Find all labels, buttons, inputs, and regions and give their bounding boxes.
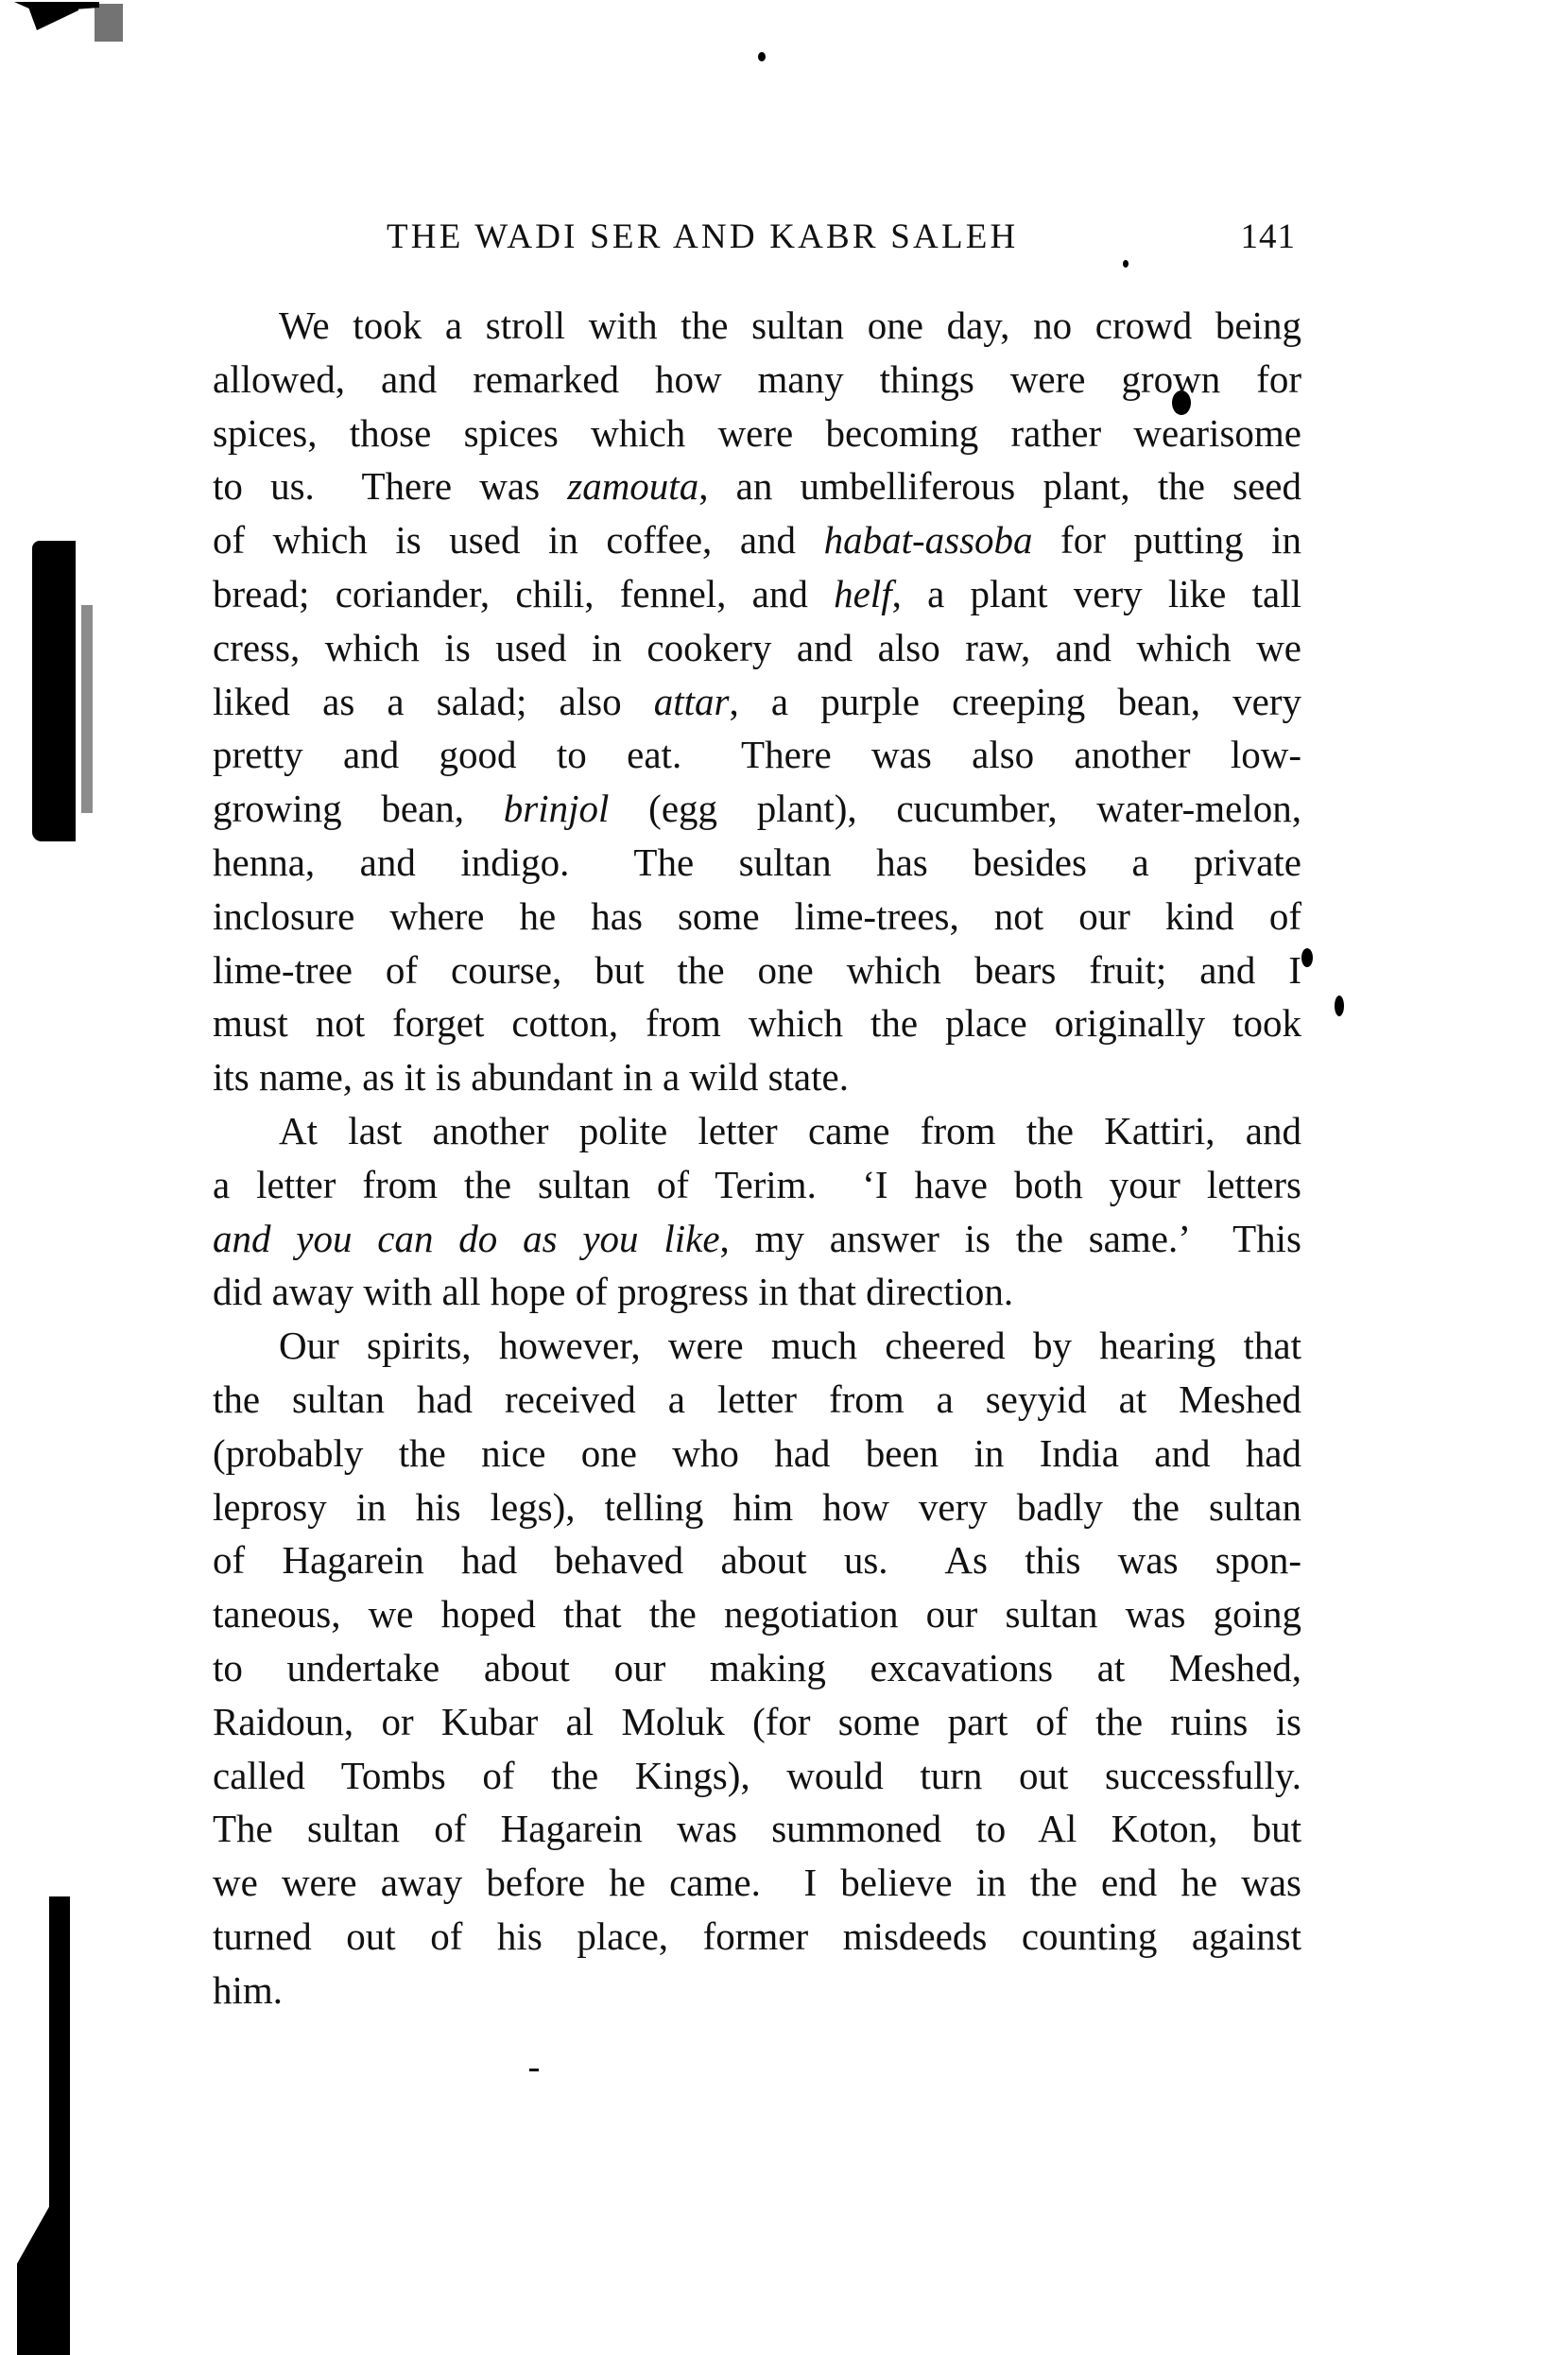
text-line: the sultan had received a letter from a … xyxy=(213,1373,1301,1427)
ink-blot xyxy=(758,52,766,61)
text-line: liked as a salad; also attar, a purple c… xyxy=(213,675,1301,729)
text-line: bread; coriander, chili, fennel, and hel… xyxy=(213,567,1301,621)
text-line: turned out of his place, former misdeeds… xyxy=(213,1910,1301,1964)
text-line: a letter from the sultan of Terim. ‘I ha… xyxy=(213,1158,1301,1212)
scan-artifact-top-left-wedge xyxy=(26,2,78,30)
italic-term: habat-assoba xyxy=(824,518,1033,562)
text-line: inclosure where he has some lime-trees, … xyxy=(213,890,1301,944)
text-line: We took a stroll with the sultan one day… xyxy=(213,299,1301,353)
running-head: THE WADI SER AND KABR SALEH 141 xyxy=(387,216,1301,259)
text-line: Raidoun, or Kubar al Moluk (for some par… xyxy=(213,1695,1301,1749)
text-line: must not forget cotton, from which the p… xyxy=(213,996,1301,1050)
paragraph-3: Our spirits, however, were much cheered … xyxy=(213,1319,1301,2017)
italic-term: zamouta xyxy=(567,464,698,508)
text-line: growing bean, brinjol (egg plant), cucum… xyxy=(213,782,1301,836)
text-line: pretty and good to eat. There was also a… xyxy=(213,728,1301,782)
page-number: 141 xyxy=(1241,216,1297,259)
italic-term: helf xyxy=(834,572,891,615)
text-line: cress, which is used in cookery and also… xyxy=(213,621,1301,675)
text-line: leprosy in his legs), telling him how ve… xyxy=(213,1481,1301,1534)
text-line: taneous, we hoped that the negotiation o… xyxy=(213,1587,1301,1641)
paragraph-2: At last another polite letter came from … xyxy=(213,1104,1301,1319)
scan-artifact-left-bar xyxy=(32,541,76,841)
text-line: and you can do as you like, my answer is… xyxy=(213,1212,1301,1266)
scan-artifact-bottom-left-strip xyxy=(49,1896,70,2208)
text-line: (probably the nice one who had been in I… xyxy=(213,1427,1301,1481)
ink-blot xyxy=(1123,260,1129,268)
text-line: its name, as it is abundant in a wild st… xyxy=(213,1050,1301,1104)
italic-term: attar xyxy=(654,680,730,723)
text-line: to undertake about our making excavation… xyxy=(213,1641,1301,1695)
paragraph-1: We took a stroll with the sultan one day… xyxy=(213,299,1301,1104)
text-line: spices, those spices which were becoming… xyxy=(213,407,1301,460)
text-line: At last another polite letter came from … xyxy=(213,1104,1301,1158)
scan-artifact-bottom-left-base xyxy=(17,2203,70,2355)
scan-artifact-left-speckle xyxy=(81,605,93,813)
ink-blot xyxy=(1335,996,1344,1016)
book-page: THE WADI SER AND KABR SALEH 141 We took … xyxy=(0,0,1568,2355)
ink-blot xyxy=(1301,948,1313,967)
text-line: Our spirits, however, were much cheered … xyxy=(213,1319,1301,1373)
text-line: of Hagarein had behaved about us. As thi… xyxy=(213,1533,1301,1587)
italic-term: and you can do as you like xyxy=(213,1217,720,1260)
text-line: him. xyxy=(213,1964,1301,2017)
body-text: We took a stroll with the sultan one day… xyxy=(213,299,1301,2017)
text-line: to us. There was zamouta, an umbellifero… xyxy=(213,459,1301,513)
text-line: allowed, and remarked how many things we… xyxy=(213,353,1301,407)
text-line: henna, and indigo. The sultan has beside… xyxy=(213,836,1301,890)
text-line: did away with all hope of progress in th… xyxy=(213,1265,1301,1319)
text-line: called Tombs of the Kings), would turn o… xyxy=(213,1749,1301,1803)
text-line: The sultan of Hagarein was summoned to A… xyxy=(213,1802,1301,1856)
scan-artifact-top-left-speckle xyxy=(95,4,123,42)
text-line: lime-tree of course, but the one which b… xyxy=(213,944,1301,997)
italic-term: brinjol xyxy=(504,787,610,830)
stray-mark xyxy=(529,2069,539,2071)
text-line: we were away before he came. I believe i… xyxy=(213,1856,1301,1910)
running-head-title: THE WADI SER AND KABR SALEH xyxy=(387,216,1018,259)
text-line: of which is used in coffee, and habat-as… xyxy=(213,513,1301,567)
